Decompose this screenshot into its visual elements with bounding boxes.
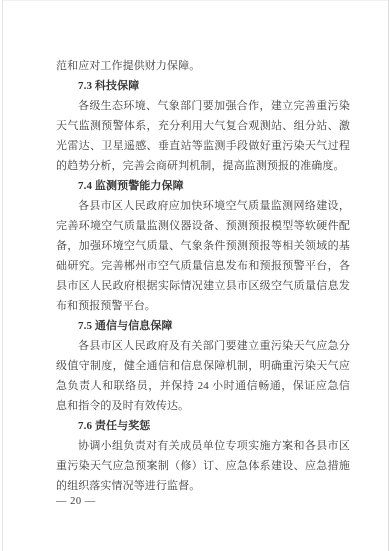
section-7-3-paragraph: 各级生态环境、气象部门要加强合作，建立完善重污染天气监测预警体系，充分利用大气复… xyxy=(56,96,350,176)
document-page: 范和应对工作提供财力保障。 7.3 科技保障 各级生态环境、气象部门要加强合作，… xyxy=(2,0,389,551)
section-heading-7-6: 7.6 责任与奖惩 xyxy=(56,416,350,436)
section-7-5-paragraph: 各县市区人民政府及有关部门要建立重污染天气应急分级值守制度，健全通信和信息保障机… xyxy=(56,336,350,416)
section-7-4-paragraph: 各县市区人民政府应加快环境空气质量监测网络建设，完善环境空气质量监测仪器设备、预… xyxy=(56,196,350,316)
paragraph-continuation: 范和应对工作提供财力保障。 xyxy=(56,56,350,76)
section-heading-7-5: 7.5 通信与信息保障 xyxy=(56,316,350,336)
document-text-block: 范和应对工作提供财力保障。 7.3 科技保障 各级生态环境、气象部门要加强合作，… xyxy=(56,56,350,496)
page-number: — 20 — xyxy=(56,495,96,509)
section-heading-7-4: 7.4 监测预警能力保障 xyxy=(56,176,350,196)
section-7-6-paragraph: 协调小组负责对有关成员单位专项实施方案和各县市区重污染天气应急预案制（修）订、应… xyxy=(56,436,350,496)
section-heading-7-3: 7.3 科技保障 xyxy=(56,76,350,96)
